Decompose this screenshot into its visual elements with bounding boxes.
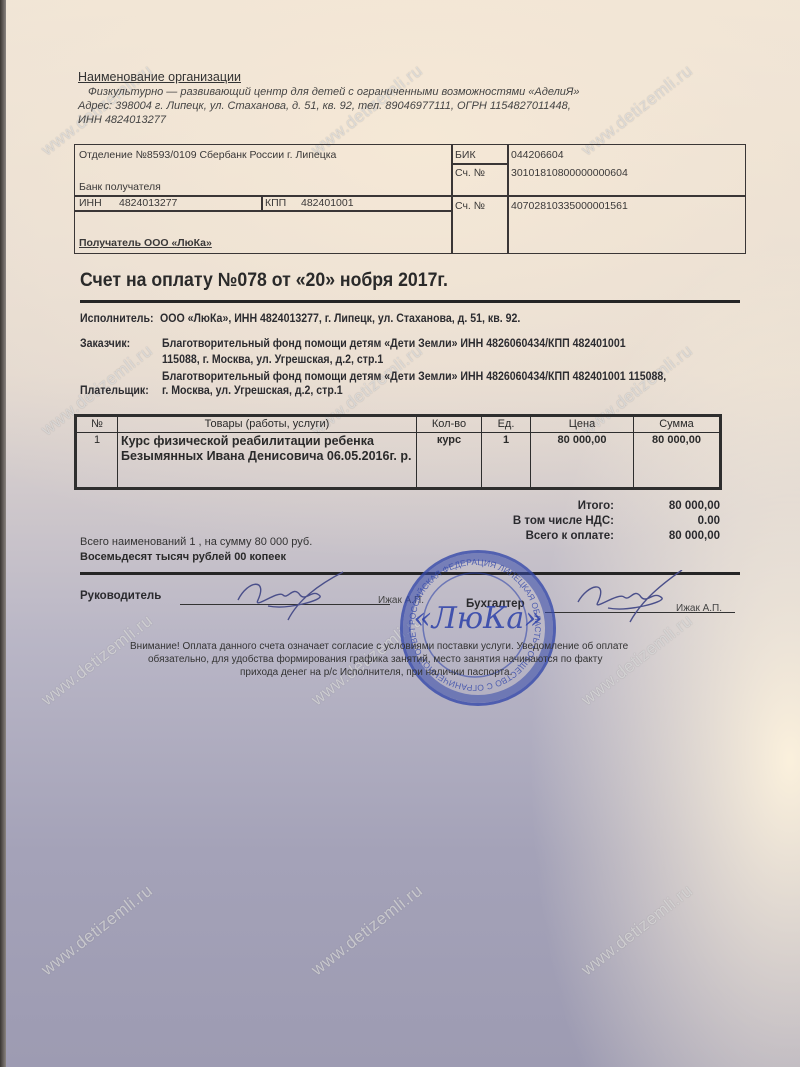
payer-label: Плательщик: <box>80 385 149 397</box>
total-label: Итого: <box>414 500 614 512</box>
items-table-header: № Товары (работы, услуги) Кол-во Ед. Цен… <box>76 416 721 433</box>
bank-label: Банк получателя <box>79 181 161 193</box>
items-count-summary: Всего наименований 1 , на сумму 80 000 р… <box>80 536 312 548</box>
organization-inn: ИНН 4824013277 <box>78 114 166 126</box>
organization-heading: Наименование организации <box>78 70 241 84</box>
watermark-text: www.detizemli.ru <box>308 881 427 980</box>
corr-account-label: Сч. № <box>455 167 485 179</box>
bik-value: 044206604 <box>511 149 564 161</box>
stamp-center-text: «ЛюКа» <box>403 601 553 636</box>
bank-details-box: Отделение №8593/0109 Сбербанк России г. … <box>74 144 746 254</box>
account-label: Сч. № <box>455 200 485 212</box>
total-value: 80 000,00 <box>620 500 720 512</box>
row-qty: курс <box>417 433 482 489</box>
col-unit: Ед. <box>482 416 531 433</box>
kpp-label: КПП <box>265 197 286 209</box>
col-qty: Кол-во <box>417 416 482 433</box>
director-label: Руководитель <box>80 590 161 602</box>
inn-value: 4824013277 <box>119 197 177 209</box>
bank-name: Отделение №8593/0109 Сбербанк России г. … <box>79 149 336 161</box>
row-unit: 1 <box>482 433 531 489</box>
watermark-text: www.detizemli.ru <box>38 881 157 980</box>
accountant-signature <box>570 570 690 630</box>
bik-label: БИК <box>455 149 476 161</box>
customer-line1: Благотворительный фонд помощи детям «Дет… <box>162 338 626 350</box>
executor-value: ООО «ЛюКа», ИНН 4824013277, г. Липецк, у… <box>160 313 520 325</box>
notice-line3: прихода денег на р/с Исполнителя, при на… <box>240 667 512 678</box>
title-rule <box>80 300 740 303</box>
col-goods: Товары (работы, услуги) <box>118 416 417 433</box>
payer-line1: Благотворительный фонд помощи детям «Дет… <box>162 371 666 383</box>
col-number: № <box>76 416 118 433</box>
row-goods-name: Курс физической реабилитации ребенка Без… <box>118 433 417 489</box>
items-table: № Товары (работы, услуги) Кол-во Ед. Цен… <box>74 414 722 490</box>
recipient: Получатель ООО «ЛюКа» <box>79 237 212 249</box>
customer-label: Заказчик: <box>80 338 130 350</box>
inn-label: ИНН <box>79 197 102 209</box>
kpp-value: 482401001 <box>301 197 354 209</box>
payer-line2: г. Москва, ул. Угрешская, д.2, стр.1 <box>162 385 343 397</box>
company-stamp: РОССИЙСКАЯ ФЕДЕРАЦИЯ ЛИПЕЦКАЯ ОБЛАСТЬ • … <box>400 550 556 706</box>
watermark-text: www.detizemli.ru <box>38 611 157 710</box>
corr-account-value: 30101810800000000604 <box>511 167 628 179</box>
amount-in-words: Восемьдесят тысяч рублей 00 копеек <box>80 551 286 563</box>
row-sum: 80 000,00 <box>634 433 721 489</box>
organization-address: Адрес: 398004 г. Липецк, ул. Стаханова, … <box>78 100 571 112</box>
watermark-text: www.detizemli.ru <box>578 881 697 980</box>
director-signature <box>228 570 348 630</box>
payable-label: Всего к оплате: <box>414 530 614 542</box>
executor-label: Исполнитель: <box>80 313 154 325</box>
photo-edge <box>0 0 6 1067</box>
notice-line2: обязательно, для удобства формирования г… <box>148 654 602 665</box>
customer-line2: 115088, г. Москва, ул. Угрешская, д.2, с… <box>162 354 383 366</box>
col-sum: Сумма <box>634 416 721 433</box>
account-value: 40702810335000001561 <box>511 200 628 212</box>
vat-label: В том числе НДС: <box>414 515 614 527</box>
row-price: 80 000,00 <box>531 433 634 489</box>
payable-value: 80 000,00 <box>620 530 720 542</box>
vat-value: 0.00 <box>620 515 720 527</box>
col-price: Цена <box>531 416 634 433</box>
table-row: 1 Курс физической реабилитации ребенка Б… <box>76 433 721 489</box>
invoice-title: Счет на оплату №078 от «20» нобря 2017г. <box>80 270 448 292</box>
row-number: 1 <box>76 433 118 489</box>
organization-description: Физкультурно — развивающий центр для дет… <box>88 86 580 98</box>
notice-line1: Внимание! Оплата данного счета означает … <box>130 641 628 652</box>
